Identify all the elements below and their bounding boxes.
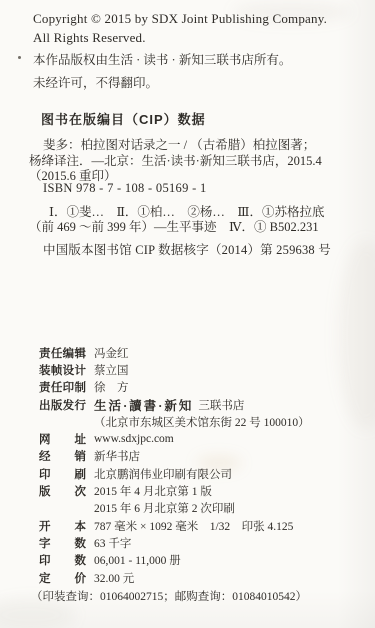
row-word-count: 字数 63 千字	[39, 534, 359, 551]
row-label: 定价	[39, 570, 86, 586]
row-edition: 版次 2015 年 4 月北京第 1 版	[39, 482, 359, 499]
rights-owner-line: 本作品版权由生活 · 读书 · 新知三联书店所有。	[33, 51, 327, 70]
book-colophon-page: Copyright © 2015 by SDX Joint Publishing…	[0, 0, 375, 628]
row-label: 版次	[39, 483, 86, 499]
publisher-logotype: 生活·讀書·新知	[94, 396, 193, 414]
inquiry-phone-line: （印装查询：01064002715；邮购查询：01084010542）	[31, 588, 307, 604]
cip-index-line-2: （前 469 ～前 399 年）—生平事迹 Ⅳ．① B502.231	[29, 217, 319, 235]
row-designer: 装帧设计 蔡立国	[39, 361, 359, 378]
isbn-line: ISBN 978 - 7 - 108 - 05169 - 1	[43, 181, 207, 196]
rights-reserved-line: All Rights Reserved.	[33, 29, 327, 48]
row-print-supervisor: 责任印制 徐 方	[39, 379, 359, 396]
row-value: 冯金红	[94, 345, 129, 361]
copyright-block: Copyright © 2015 by SDX Joint Publishing…	[33, 10, 327, 93]
row-website: 网址 www.sdxjpc.com	[39, 430, 359, 447]
row-label: 经销	[39, 448, 86, 464]
row-value: 32.00 元	[94, 570, 134, 586]
row-value: 06,001 - 11,000 册	[94, 552, 181, 568]
row-label: 字数	[39, 535, 86, 551]
row-editor: 责任编辑 冯金红	[39, 344, 359, 361]
publisher-name: 三联书店	[198, 397, 244, 413]
row-printing: 2015 年 6 月北京第 2 次印刷	[39, 500, 359, 517]
margin-dot	[18, 56, 21, 59]
cip-record-number: 中国版本图书馆 CIP 数据核字（2014）第 259638 号	[43, 240, 331, 258]
no-reprint-line: 未经许可，不得翻印。	[33, 74, 327, 93]
row-label: 开本	[39, 518, 86, 534]
row-format: 开本 787 毫米 × 1092 毫米 1/32 印张 4.125	[39, 517, 359, 534]
row-label: 装帧设计	[39, 362, 86, 378]
copyright-line-english: Copyright © 2015 by SDX Joint Publishing…	[33, 10, 327, 29]
row-value: 蔡立国	[94, 362, 129, 378]
row-print-run: 印数 06,001 - 11,000 册	[39, 552, 359, 569]
row-value: （北京市东城区美术馆东街 22 号 100010）	[94, 414, 310, 430]
row-price: 定价 32.00 元	[39, 569, 359, 586]
row-value: 新华书店	[94, 448, 140, 464]
row-value: 2015 年 4 月北京第 1 版	[94, 483, 212, 499]
row-value: www.sdxjpc.com	[94, 433, 174, 445]
publication-info-block: 责任编辑 冯金红 装帧设计 蔡立国 责任印制 徐 方 出版发行 生活·讀書·新知…	[39, 344, 359, 586]
row-label: 印数	[39, 552, 86, 568]
row-value: 787 毫米 × 1092 毫米 1/32 印张 4.125	[94, 518, 293, 534]
row-value: 2015 年 6 月北京第 2 次印刷	[94, 500, 235, 516]
row-printer: 印刷 北京鹏润伟业印刷有限公司	[39, 465, 359, 482]
row-value: 徐 方	[94, 379, 129, 395]
row-label: 网址	[39, 431, 86, 447]
row-label: 印刷	[39, 466, 86, 482]
row-value: 63 千字	[94, 535, 131, 551]
cip-heading: 图书在版编目（CIP）数据	[41, 109, 206, 128]
row-distributor: 经销 新华书店	[39, 448, 359, 465]
row-label: 责任编辑	[39, 345, 86, 361]
row-label: 出版发行	[39, 397, 86, 413]
row-publisher: 出版发行 生活·讀書·新知 三联书店	[39, 396, 359, 413]
row-publisher-address: （北京市东城区美术馆东街 22 号 100010）	[39, 413, 359, 430]
row-label: 责任印制	[39, 379, 86, 395]
row-value: 北京鹏润伟业印刷有限公司	[94, 466, 232, 482]
